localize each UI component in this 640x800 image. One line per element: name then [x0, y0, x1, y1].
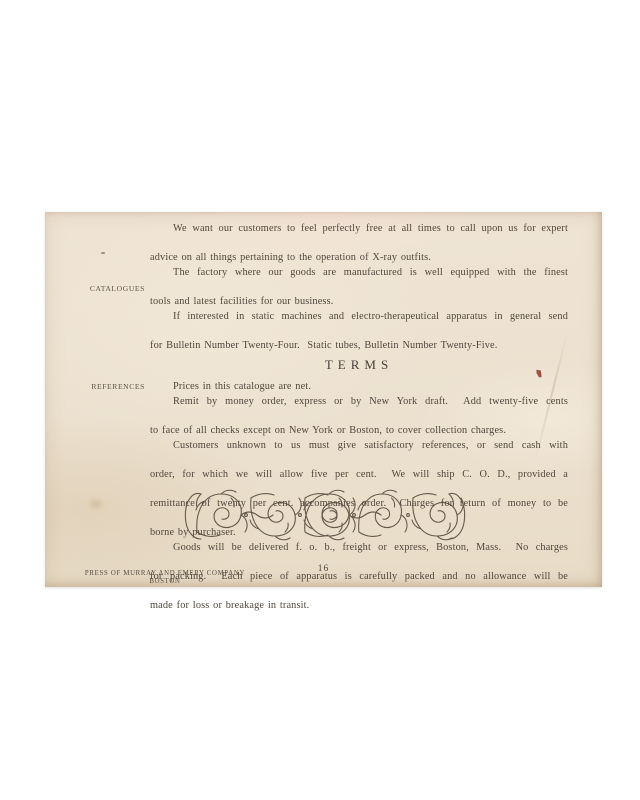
body-line: Prices in this catalogue are net. — [150, 380, 568, 395]
printer-imprint-line2: BOSTON — [75, 578, 255, 586]
margin-note-references: REFERENCES — [75, 382, 145, 391]
body-line: advice on all things pertaining to the o… — [150, 251, 568, 266]
printer-imprint: PRESS OF MURRAY AND EMERY COMPANY BOSTON — [75, 570, 255, 586]
catalogue-page: CATALOGUES REFERENCES We want our custom… — [45, 212, 602, 587]
body-line: Customers unknown to us must give satisf… — [150, 439, 568, 468]
body-line: Remit by money order, express or by New … — [150, 395, 568, 424]
foliate-scroll-ornament — [183, 488, 467, 542]
body-line: to face of all checks except on New York… — [150, 424, 568, 439]
paper-stain — [83, 494, 109, 514]
printer-imprint-line1: PRESS OF MURRAY AND EMERY COMPANY — [75, 570, 255, 578]
body-line: If interested in static machines and ele… — [150, 310, 568, 339]
body-line: for Bulletin Number Twenty-Four. Static … — [150, 339, 568, 354]
scanned-catalogue-photo: { "doc": { "heading": "TERMS", "margin_n… — [0, 0, 640, 800]
body-line: We want our customers to feel perfectly … — [150, 222, 568, 251]
terms-heading: TERMS — [150, 357, 568, 373]
ink-speck — [101, 252, 105, 254]
margin-note-catalogues: CATALOGUES — [75, 284, 145, 293]
body-line: made for loss or breakage in transit. — [150, 599, 568, 614]
body-line: tools and latest facilities for our busi… — [150, 295, 568, 310]
body-line: The factory where our goods are manufact… — [150, 266, 568, 295]
body-text-column: We want our customers to feel perfectly … — [150, 222, 568, 614]
